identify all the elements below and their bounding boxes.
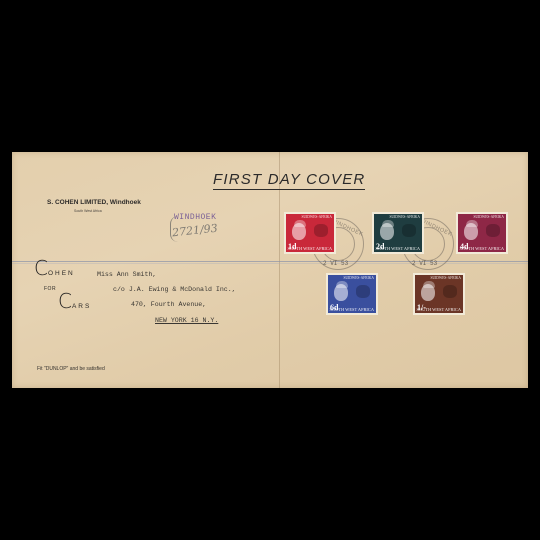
- stamp-1s: SUIDWES-AFRIKASOUTH WEST AFRICA1/-: [413, 273, 465, 315]
- envelope: FIRST DAY COVER S. COHEN LIMITED, Windho…: [12, 152, 528, 388]
- slogan: Fit "DUNLOP" and be satisfied: [37, 366, 105, 372]
- queen-portrait-icon: [380, 223, 394, 240]
- stamp-2d: SUIDWES-AFRIKASOUTH WEST AFRICA2d: [372, 212, 424, 254]
- logo-c-glyph: C: [34, 256, 48, 280]
- address-line-3: 470, Fourth Avenue,: [131, 301, 206, 308]
- stamp-motif-icon: [356, 285, 370, 298]
- logo-c-glyph: C: [58, 289, 72, 313]
- logo-for: FOR: [44, 286, 56, 292]
- first-day-cover-title: FIRST DAY COVER: [213, 171, 365, 190]
- stamp-design: SUIDWES-AFRIKASOUTH WEST AFRICA1d: [286, 214, 334, 252]
- stamp-value: 1/-: [417, 303, 426, 312]
- sender-company: S. COHEN LIMITED, Windhoek: [47, 199, 141, 206]
- stamp-motif-icon: [314, 224, 328, 237]
- queen-portrait-icon: [292, 223, 306, 240]
- queen-portrait-icon: [334, 284, 348, 301]
- stamp-motif-icon: [402, 224, 416, 237]
- postmark-2-date: 2 VI 53: [412, 260, 437, 267]
- postmark-1-date: 2 VI 53: [323, 260, 348, 267]
- stamp-top-text: SUIDWES-AFRIKA: [473, 215, 504, 219]
- stamp-value: 6d: [330, 303, 338, 312]
- queen-portrait-icon: [421, 284, 435, 301]
- stamp-6d: SUIDWES-AFRIKASOUTH WEST AFRICA6d: [326, 273, 378, 315]
- logo-cars-text: ARS: [72, 303, 91, 310]
- address-line-4: NEW YORK 16 N.Y.: [155, 317, 218, 324]
- sender-location: South West Africa: [74, 209, 102, 213]
- address-rule-shadow: [12, 263, 528, 264]
- stamp-value: 1d: [288, 242, 296, 251]
- logo-cohen-text: OHEN: [48, 270, 75, 277]
- stamp-value: 4d: [460, 242, 468, 251]
- stamp-design: SUIDWES-AFRIKASOUTH WEST AFRICA1/-: [415, 275, 463, 313]
- stamp-design: SUIDWES-AFRIKASOUTH WEST AFRICA6d: [328, 275, 376, 313]
- stamp-top-text: SUIDWES-AFRIKA: [430, 276, 461, 280]
- queen-portrait-icon: [464, 223, 478, 240]
- stamp-value: 2d: [376, 242, 384, 251]
- stamp-design: SUIDWES-AFRIKASOUTH WEST AFRICA2d: [374, 214, 422, 252]
- stamp-top-text: SUIDWES-AFRIKA: [343, 276, 374, 280]
- stamp-design: SUIDWES-AFRIKASOUTH WEST AFRICA4d: [458, 214, 506, 252]
- address-rule: [12, 261, 528, 262]
- stamp-motif-icon: [443, 285, 457, 298]
- logo-cars: CARS: [58, 291, 91, 313]
- stamp-motif-icon: [486, 224, 500, 237]
- logo-cohen: COHEN: [34, 258, 75, 280]
- address-line-1: Miss Ann Smith,: [97, 271, 156, 278]
- stamp-1d: SUIDWES-AFRIKASOUTH WEST AFRICA1d: [284, 212, 336, 254]
- stamp-top-text: SUIDWES-AFRIKA: [301, 215, 332, 219]
- stamp-top-text: SUIDWES-AFRIKA: [389, 215, 420, 219]
- stamp-4d: SUIDWES-AFRIKASOUTH WEST AFRICA4d: [456, 212, 508, 254]
- address-line-2: c/o J.A. Ewing & McDonald Inc.,: [113, 286, 236, 293]
